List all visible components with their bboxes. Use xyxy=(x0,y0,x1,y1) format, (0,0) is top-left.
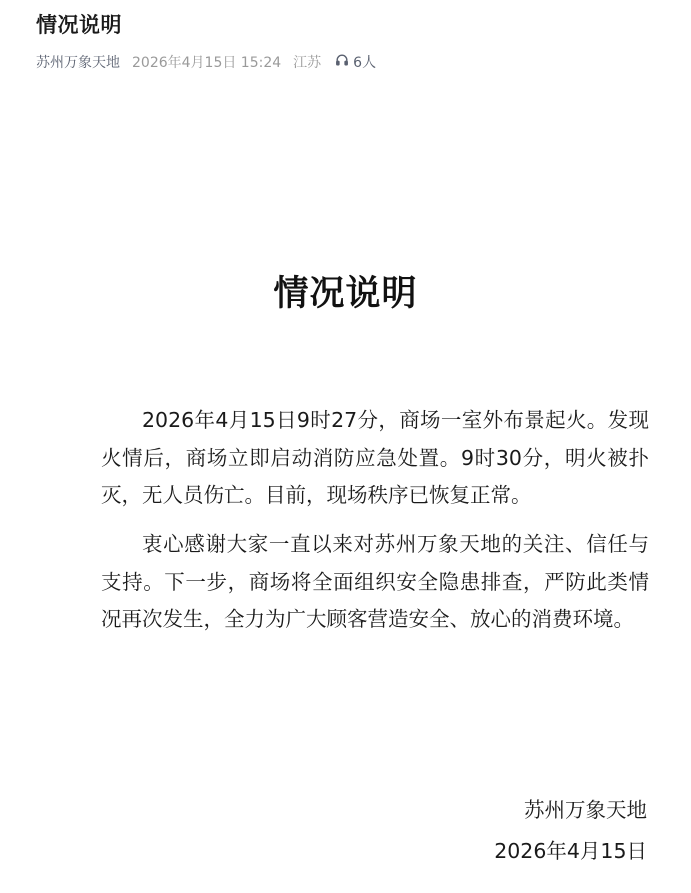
listen-count-label: 6人 xyxy=(353,52,376,72)
article-meta: 苏州万象天地 2026年4月15日 15:24 江苏 6人 xyxy=(36,52,376,72)
body-paragraph: 衷心感谢大家一直以来对苏州万象天地的关注、信任与支持。下一步，商场将全面组织安全… xyxy=(101,526,649,639)
region: 江苏 xyxy=(293,52,321,72)
author-link[interactable]: 苏州万象天地 xyxy=(36,52,120,72)
body-paragraph: 2026年4月15日9时27分，商场一室外布景起火。发现火情后，商场立即启动消防… xyxy=(101,402,649,515)
document-title: 情况说明 xyxy=(0,266,691,316)
article-header-title: 情况说明 xyxy=(36,9,122,39)
signature-date: 2026年4月15日 xyxy=(494,834,647,864)
headphones-icon xyxy=(335,53,353,71)
listen-count[interactable]: 6人 xyxy=(335,52,376,72)
signature-org: 苏州万象天地 xyxy=(524,793,647,823)
publish-time: 2026年4月15日 15:24 xyxy=(132,52,281,72)
